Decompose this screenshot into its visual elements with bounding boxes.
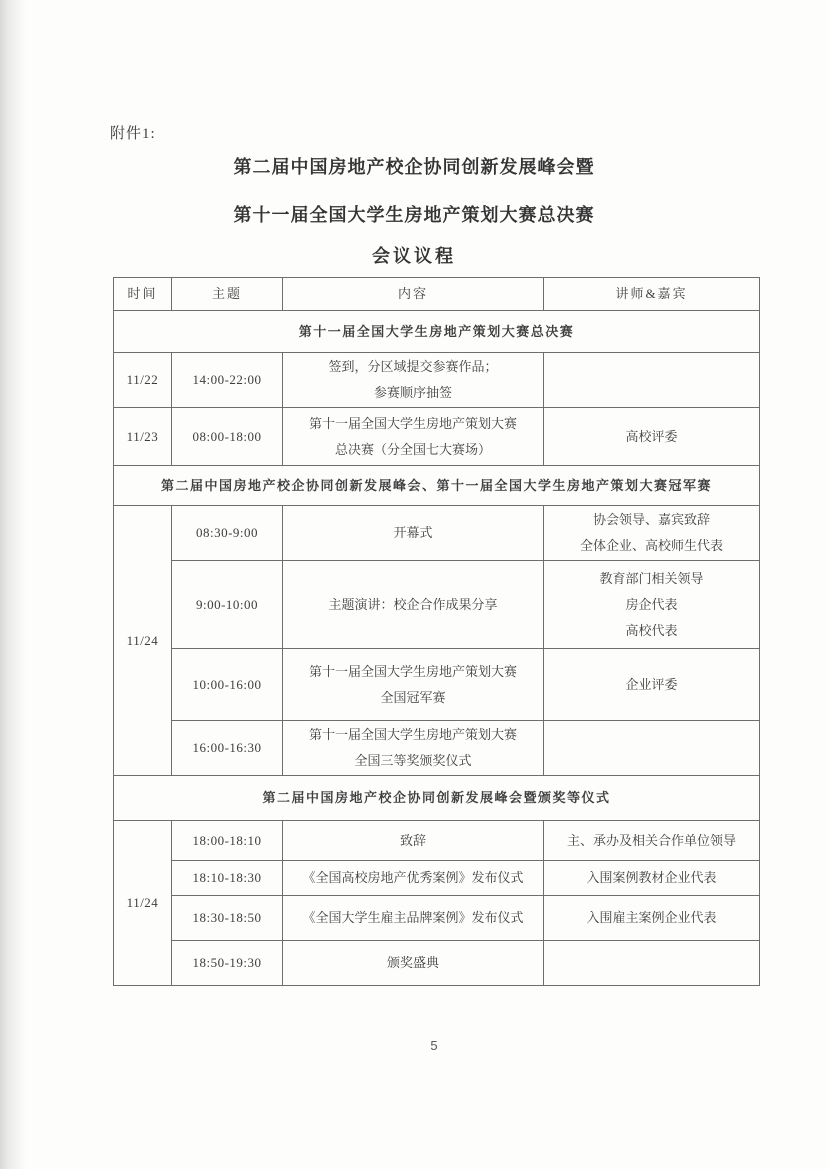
col-header-content: 内容 (283, 278, 544, 311)
speaker-cell: 入围案例教材企业代表 (544, 861, 760, 896)
speaker-cell (544, 941, 760, 986)
speaker-cell: 高校评委 (544, 408, 760, 466)
table-row: 9:00-10:00 主题演讲：校企合作成果分享 教育部门相关领导 房企代表 高… (114, 561, 760, 649)
section-title: 第二届中国房地产校企协同创新发展峰会暨颁奖等仪式 (114, 776, 760, 821)
table-row: 18:30-18:50 《全国大学生雇主品牌案例》发布仪式 入围雇主案例企业代表 (114, 896, 760, 941)
section-row-summit: 第二届中国房地产校企协同创新发展峰会、第十一届全国大学生房地产策划大赛冠军赛 (114, 466, 760, 506)
time-cell: 08:00-18:00 (172, 408, 283, 466)
date-cell: 11/24 (114, 506, 172, 776)
date-cell: 11/24 (114, 821, 172, 986)
speaker-cell: 教育部门相关领导 房企代表 高校代表 (544, 561, 760, 649)
speaker-cell: 入围雇主案例企业代表 (544, 896, 760, 941)
section-row-awards: 第二届中国房地产校企协同创新发展峰会暨颁奖等仪式 (114, 776, 760, 821)
page-number: 5 (0, 1038, 828, 1053)
content-cell: 致辞 (283, 821, 544, 861)
agenda-table: 时间 主题 内容 讲师&嘉宾 第十一届全国大学生房地产策划大赛总决赛 11/22… (113, 277, 760, 986)
time-cell: 08:30-9:00 (172, 506, 283, 561)
title-line-2: 第十一届全国大学生房地产策划大赛总决赛 (0, 201, 828, 227)
content-cell: 《全国大学生雇主品牌案例》发布仪式 (283, 896, 544, 941)
document-page: 附件1: 第二届中国房地产校企协同创新发展峰会暨 第十一届全国大学生房地产策划大… (0, 0, 828, 1169)
time-cell: 18:10-18:30 (172, 861, 283, 896)
content-cell: 《全国高校房地产优秀案例》发布仪式 (283, 861, 544, 896)
agenda-subtitle: 会议议程 (0, 242, 828, 268)
date-cell: 11/23 (114, 408, 172, 466)
attachment-label: 附件1: (110, 122, 156, 143)
table-row: 10:00-16:00 第十一届全国大学生房地产策划大赛 全国冠军赛 企业评委 (114, 649, 760, 721)
time-cell: 18:50-19:30 (172, 941, 283, 986)
content-cell: 签到，分区域提交参赛作品； 参赛顺序抽签 (283, 353, 544, 408)
table-header-row: 时间 主题 内容 讲师&嘉宾 (114, 278, 760, 311)
section-title: 第二届中国房地产校企协同创新发展峰会、第十一届全国大学生房地产策划大赛冠军赛 (114, 466, 760, 506)
time-cell: 18:00-18:10 (172, 821, 283, 861)
time-cell: 14:00-22:00 (172, 353, 283, 408)
table-row: 18:10-18:30 《全国高校房地产优秀案例》发布仪式 入围案例教材企业代表 (114, 861, 760, 896)
content-cell: 第十一届全国大学生房地产策划大赛 总决赛（分全国七大赛场） (283, 408, 544, 466)
speaker-cell (544, 721, 760, 776)
time-cell: 10:00-16:00 (172, 649, 283, 721)
table-row: 18:50-19:30 颁奖盛典 (114, 941, 760, 986)
content-cell: 第十一届全国大学生房地产策划大赛 全国三等奖颁奖仪式 (283, 721, 544, 776)
table-row: 11/22 14:00-22:00 签到，分区域提交参赛作品； 参赛顺序抽签 (114, 353, 760, 408)
speaker-cell (544, 353, 760, 408)
section-row-finals: 第十一届全国大学生房地产策划大赛总决赛 (114, 311, 760, 353)
speaker-cell: 协会领导、嘉宾致辞 全体企业、高校师生代表 (544, 506, 760, 561)
speaker-cell: 企业评委 (544, 649, 760, 721)
table-row: 11/23 08:00-18:00 第十一届全国大学生房地产策划大赛 总决赛（分… (114, 408, 760, 466)
speaker-cell: 主、承办及相关合作单位领导 (544, 821, 760, 861)
col-header-topic: 主题 (172, 278, 283, 311)
col-header-speaker: 讲师&嘉宾 (544, 278, 760, 311)
time-cell: 16:00-16:30 (172, 721, 283, 776)
table-row: 11/24 08:30-9:00 开幕式 协会领导、嘉宾致辞 全体企业、高校师生… (114, 506, 760, 561)
content-cell: 第十一届全国大学生房地产策划大赛 全国冠军赛 (283, 649, 544, 721)
title-line-1: 第二届中国房地产校企协同创新发展峰会暨 (0, 153, 828, 179)
time-cell: 9:00-10:00 (172, 561, 283, 649)
content-cell: 颁奖盛典 (283, 941, 544, 986)
content-cell: 开幕式 (283, 506, 544, 561)
table-row: 16:00-16:30 第十一届全国大学生房地产策划大赛 全国三等奖颁奖仪式 (114, 721, 760, 776)
col-header-time: 时间 (114, 278, 172, 311)
time-cell: 18:30-18:50 (172, 896, 283, 941)
content-cell: 主题演讲：校企合作成果分享 (283, 561, 544, 649)
section-title: 第十一届全国大学生房地产策划大赛总决赛 (114, 311, 760, 353)
date-cell: 11/22 (114, 353, 172, 408)
table-row: 11/24 18:00-18:10 致辞 主、承办及相关合作单位领导 (114, 821, 760, 861)
